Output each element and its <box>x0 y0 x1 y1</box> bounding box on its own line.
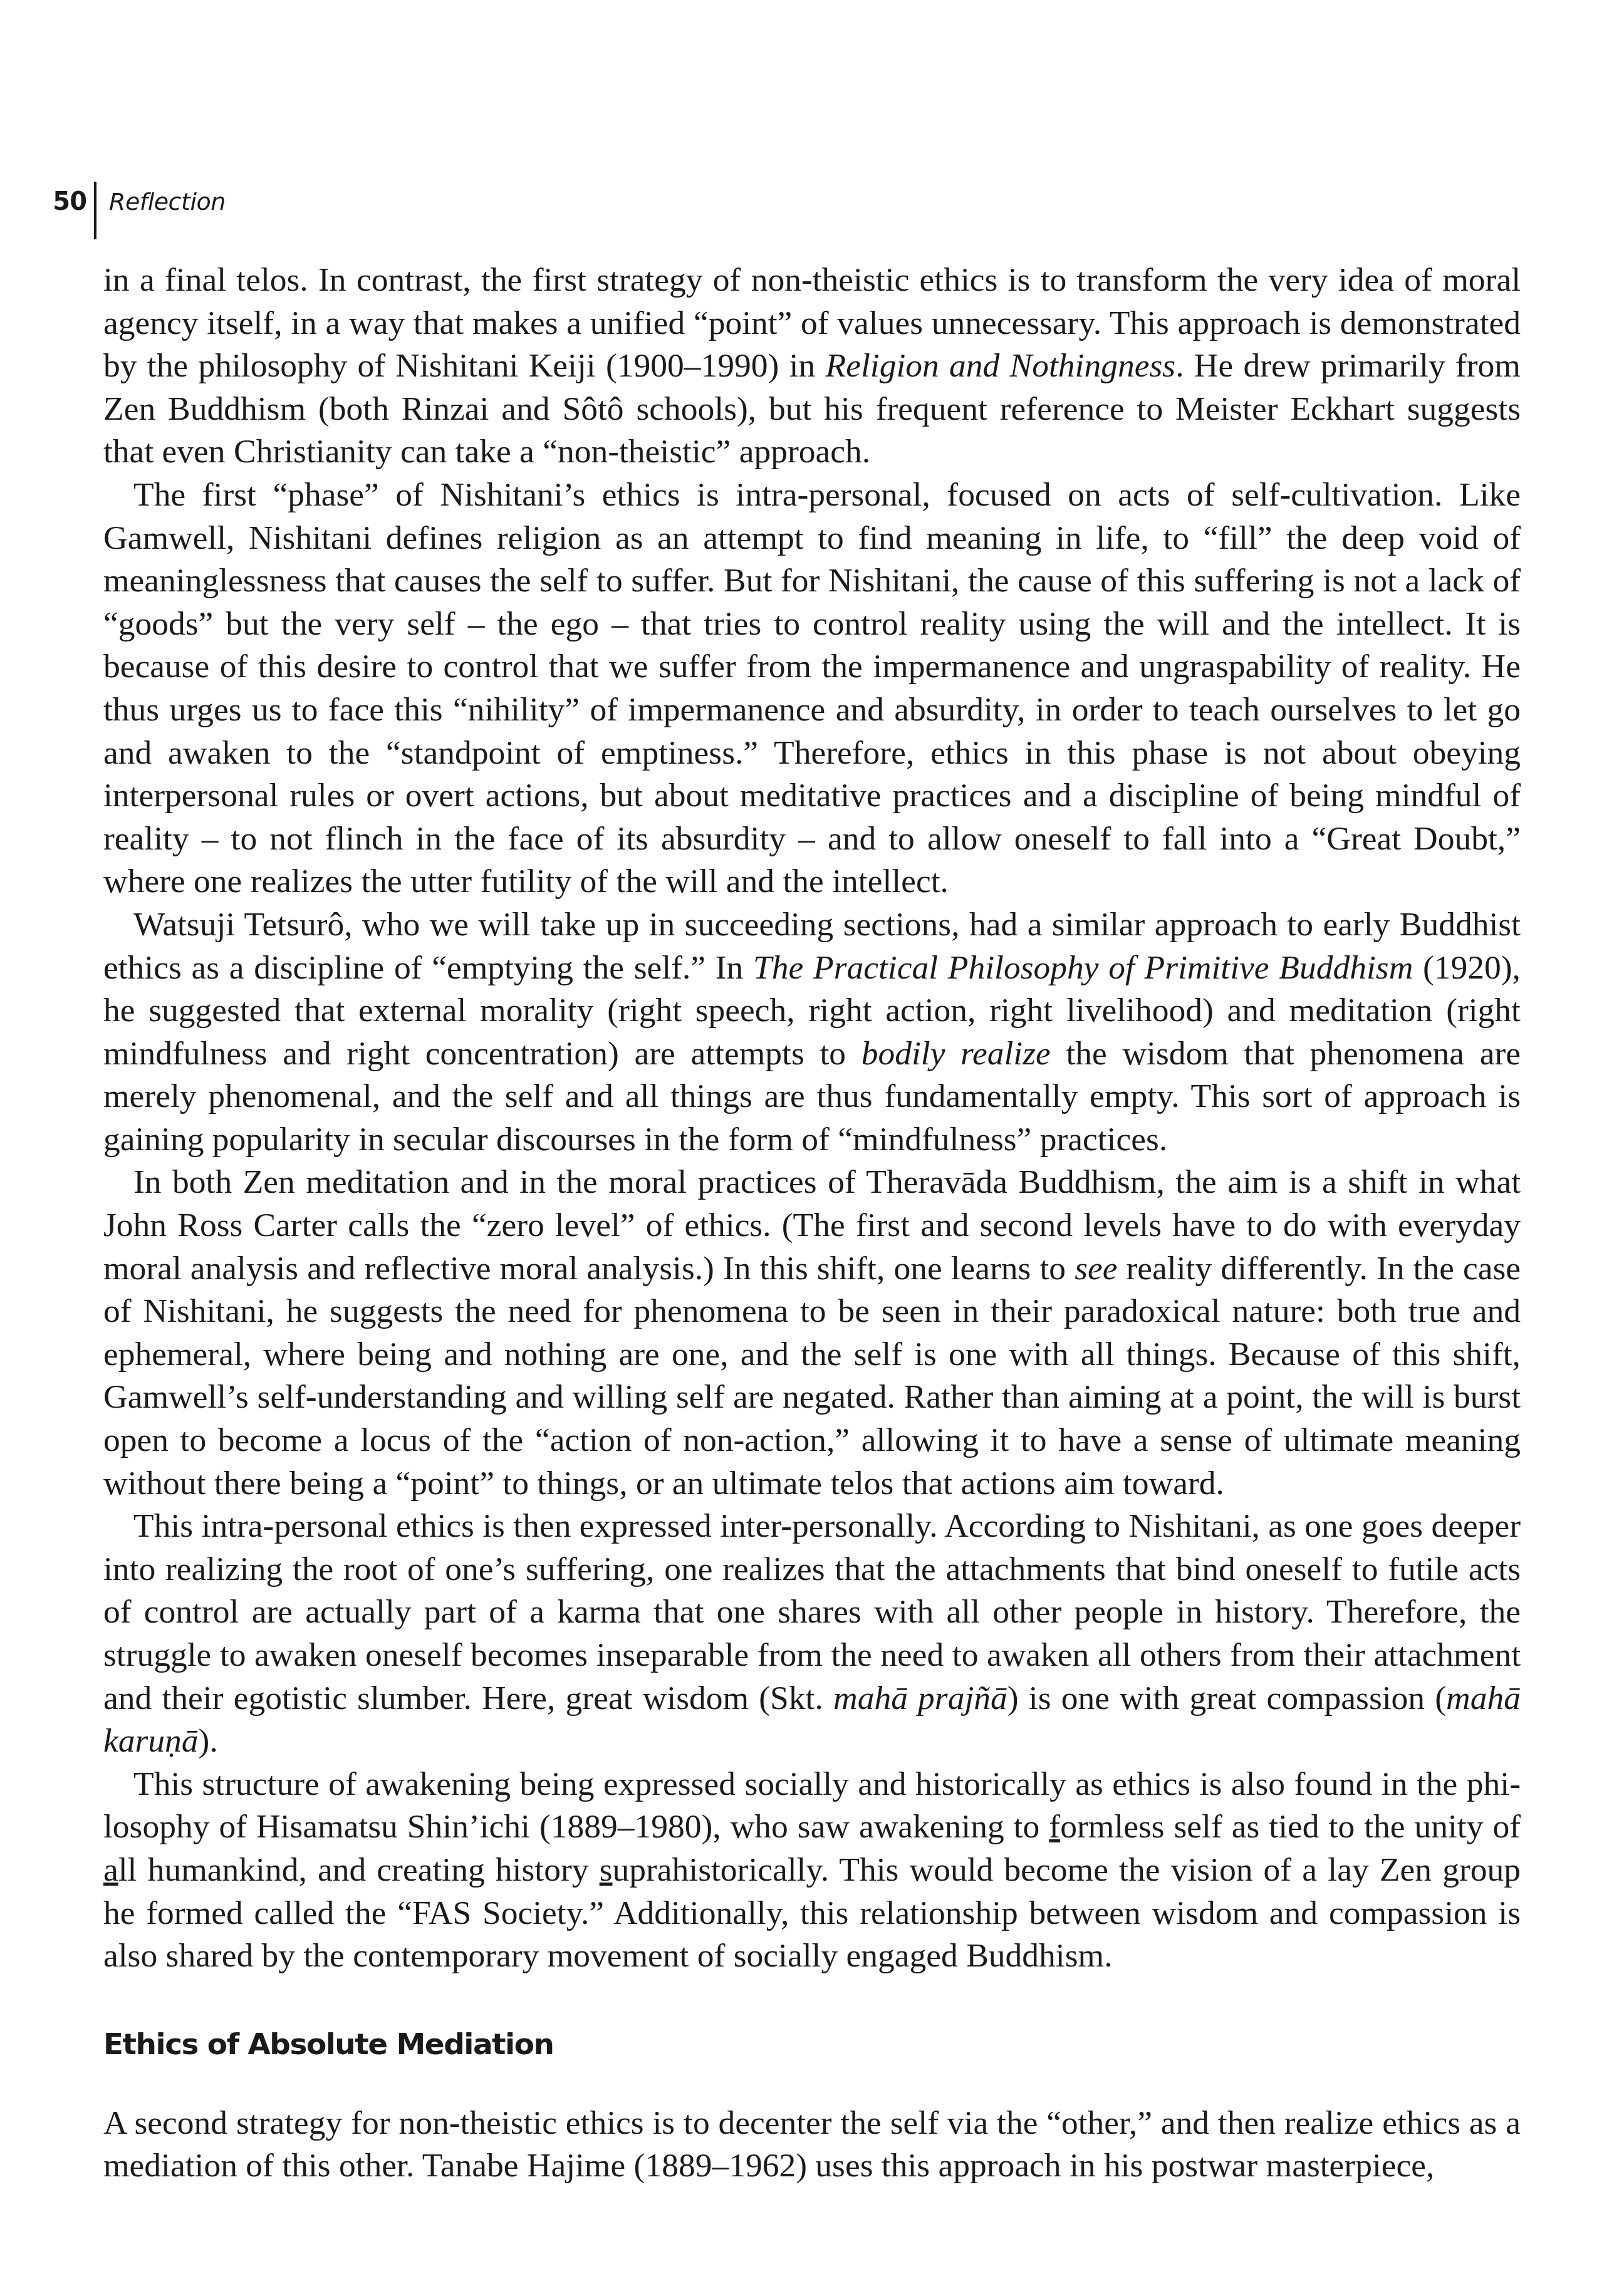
text-run: The first “phase” of Nishitani’s ethics … <box>103 475 1521 900</box>
running-header: 50 Reflection <box>38 170 226 233</box>
page-body: in a final telos. In contrast, the first… <box>103 258 1521 2187</box>
section-paragraphs: A second strategy for non-theistic ethic… <box>103 2101 1521 2187</box>
paragraph: A second strategy for non-theistic ethic… <box>103 2101 1521 2187</box>
paragraph: The first “phase” of Nishitani’s ethics … <box>103 473 1521 903</box>
text-run: ) is one with great compassion ( <box>1007 1679 1446 1717</box>
page-number: 50 <box>38 187 94 216</box>
italic-text: The Practical Philosophy of Primitive Bu… <box>753 948 1413 986</box>
running-head-title: Reflection <box>109 188 226 216</box>
text-run: ll humankind, and creating history <box>118 1851 600 1888</box>
italic-text: bodily realize <box>861 1034 1051 1072</box>
body-paragraphs: in a final telos. In contrast, the first… <box>103 258 1521 1977</box>
text-run: f <box>1049 1807 1060 1845</box>
paragraph: This intra-personal ethics is then expre… <box>103 1504 1521 1762</box>
paragraph: This structure of awakening being expres… <box>103 1762 1521 1977</box>
text-run: ormless self as tied to the unity of <box>1060 1807 1521 1845</box>
text-run: A second strategy for non-theistic ethic… <box>103 2104 1521 2184</box>
text-run: a <box>103 1851 118 1888</box>
paragraph: Watsuji Tetsurô, who we will take up in … <box>103 903 1521 1161</box>
header-divider <box>94 182 96 239</box>
section-heading: Ethics of Absolute Mediation <box>103 2026 1521 2064</box>
italic-text: see <box>1075 1249 1117 1287</box>
italic-text: mahā prajñā <box>833 1679 1007 1717</box>
text-run: ). <box>199 1722 218 1759</box>
paragraph: In both Zen meditation and in the moral … <box>103 1160 1521 1504</box>
paragraph: in a final telos. In contrast, the first… <box>103 258 1521 473</box>
text-run: reality differently. In the case of Nish… <box>103 1249 1521 1502</box>
italic-text: Religion and Nothingness <box>826 346 1176 384</box>
text-run: s <box>600 1851 613 1888</box>
